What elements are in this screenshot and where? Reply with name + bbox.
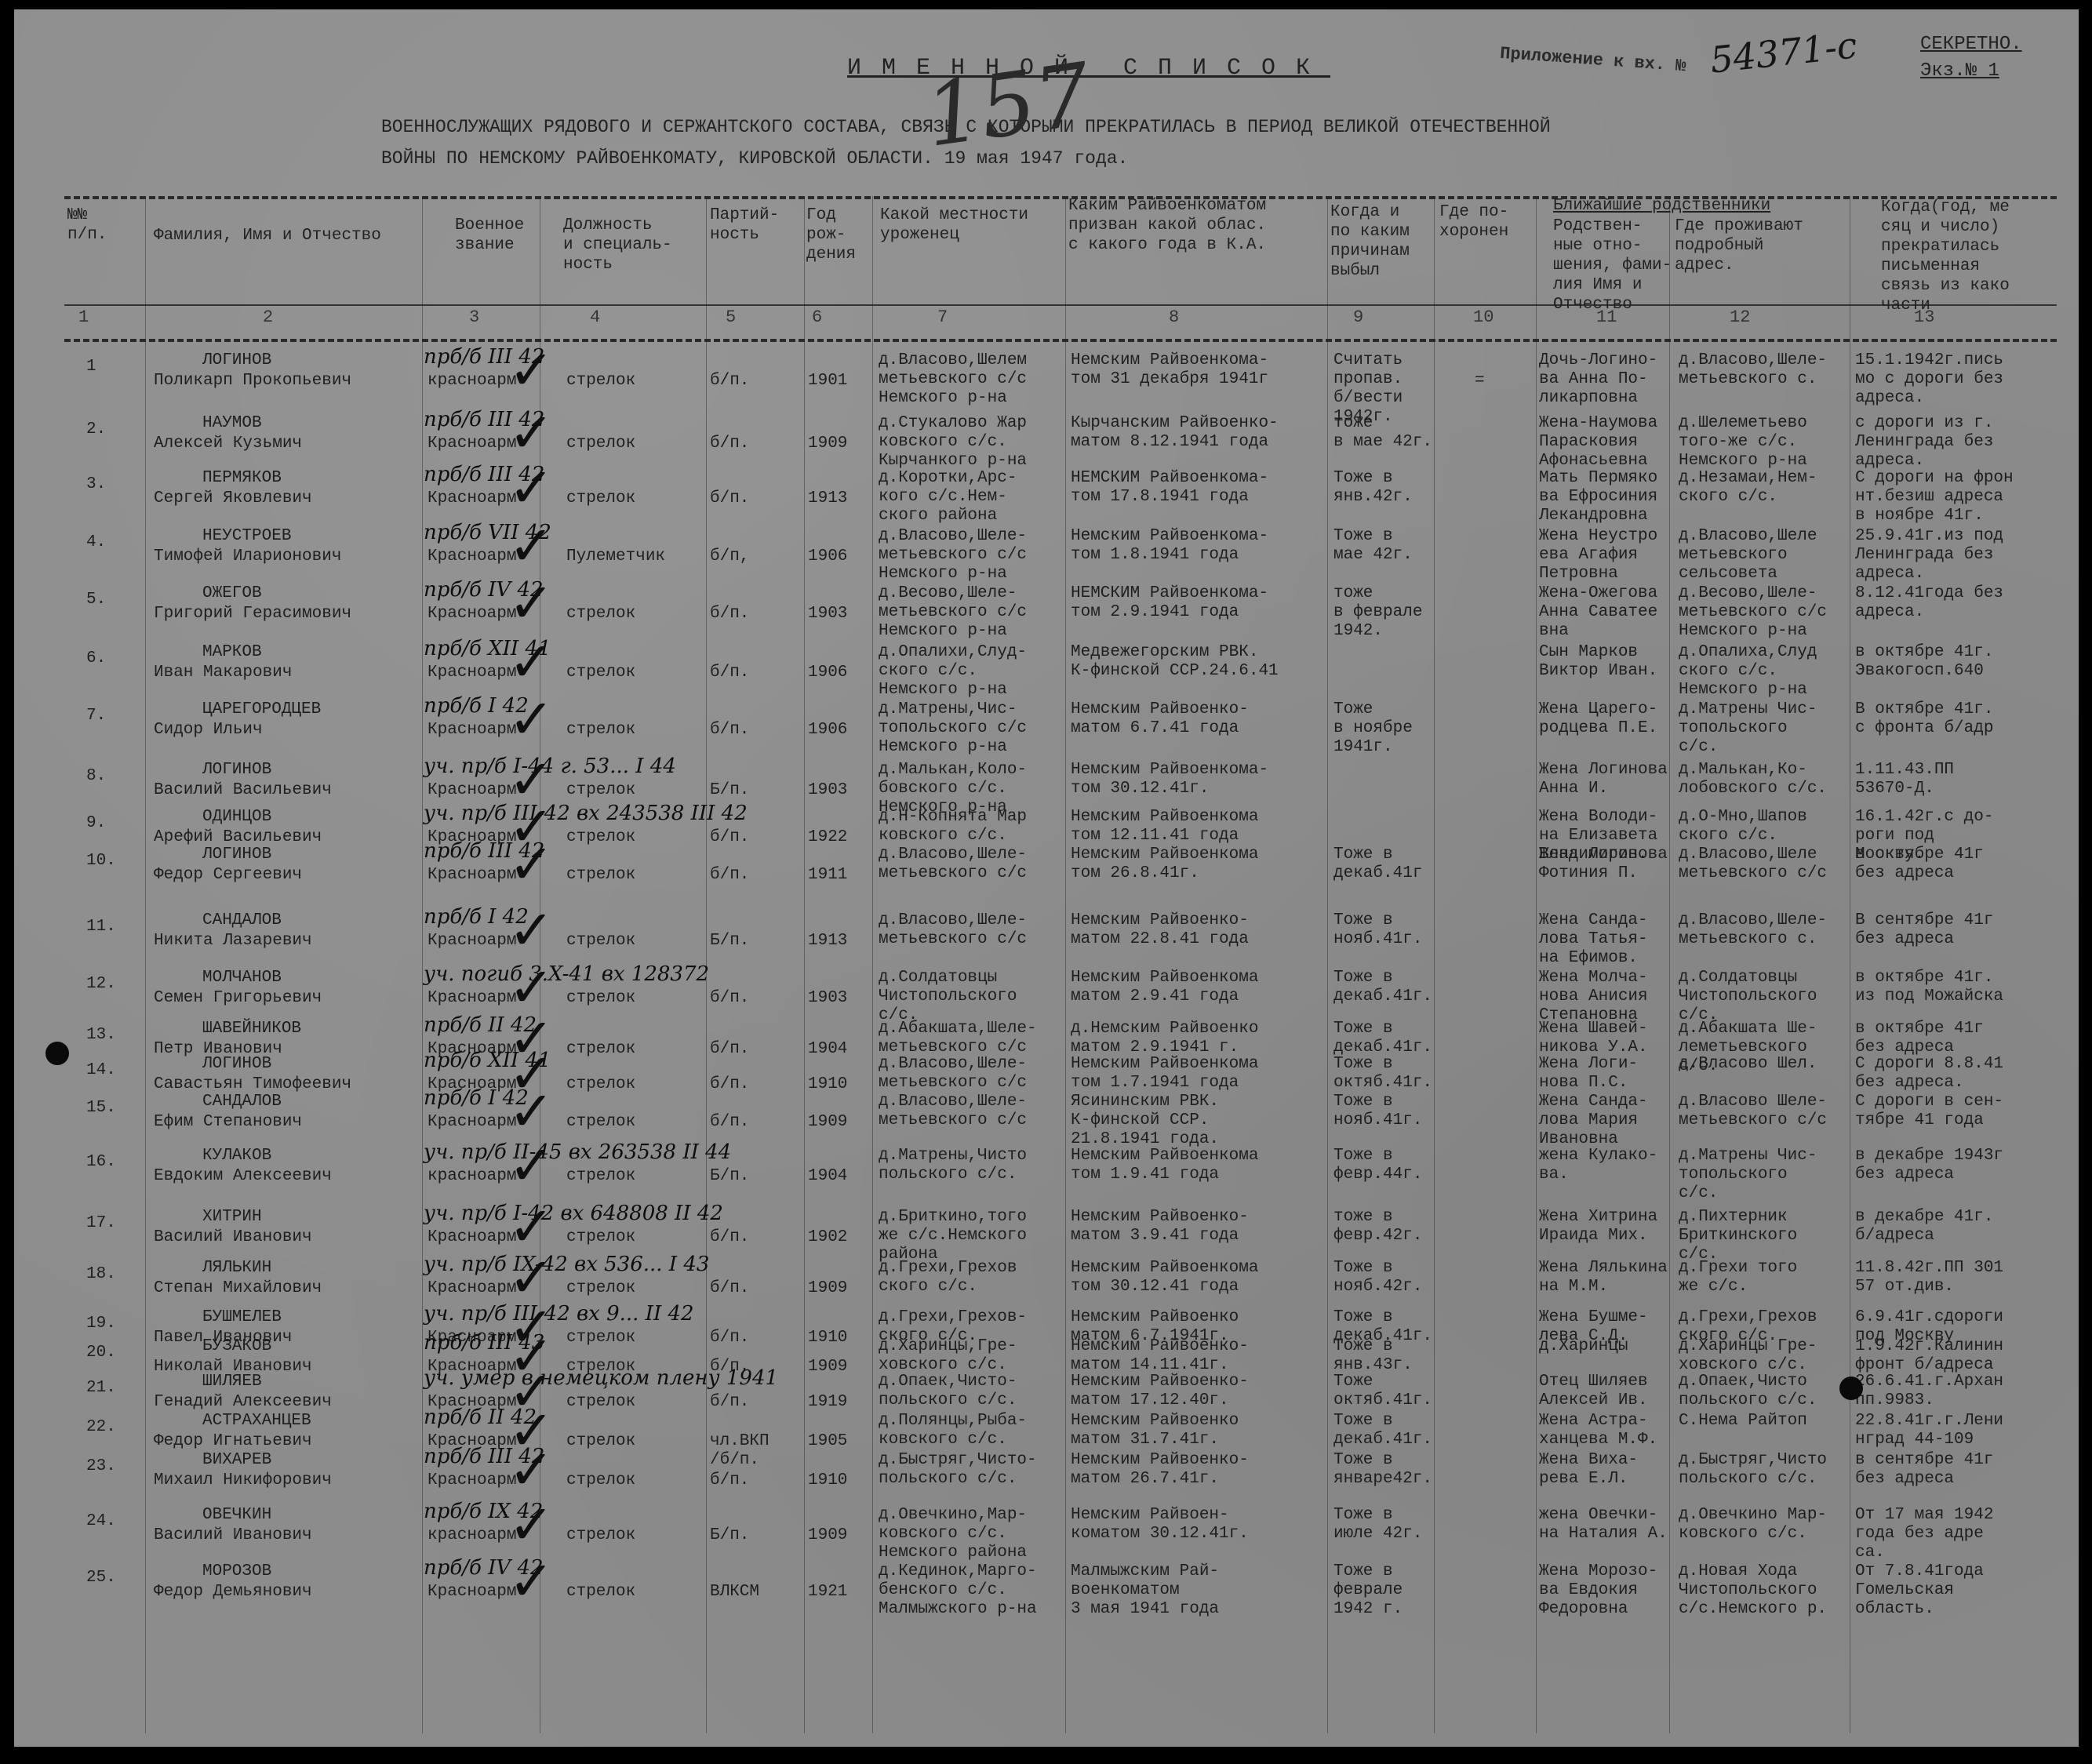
called-up: Немским Райвоенкома том 1.9.41 года [1071, 1147, 1258, 1184]
row-number: 13. [86, 1026, 116, 1045]
last-contact: 11.8.42г.ПП 301 57 от.див. [1855, 1259, 2003, 1297]
called-up: Немским Райвоенко- матом 26.7.41г. [1071, 1451, 1249, 1489]
relative-address: д.Матрены Чис- топольского с/с. [1679, 700, 1817, 757]
relative: Жена Логи- нова П.С. [1539, 1055, 1638, 1093]
position: Пулеметчик [566, 547, 665, 566]
called-up: Немским Райвоенко- матом 3.9.41 года [1071, 1208, 1249, 1246]
birth-year: 1903 [808, 781, 847, 800]
party: б/п. [710, 828, 749, 847]
last-contact: в октябре 41г. Эвакогосп.640 [1855, 643, 1993, 681]
column-number: 2 [263, 307, 273, 327]
surname: МАРКОВ [202, 643, 262, 662]
given-names: Никита Лазаревич [154, 932, 312, 951]
handwritten-annotation: уч. погиб 3.X-41 вх 128372 [424, 962, 709, 986]
position: стрелок [566, 866, 635, 885]
called-up: Немским Райвоенкома том 26.8.41г. [1071, 846, 1258, 883]
called-up: Немским Райвоенкома том 12.11.41 года [1071, 808, 1258, 846]
position: стрелок [566, 1167, 635, 1186]
called-up: Немским Райвоенкома том 1.7.1941 года [1071, 1055, 1258, 1093]
last-contact: От 7.8.41года Гомельская область. [1855, 1562, 1984, 1619]
relative: Жена Царего- родцева П.Е. [1539, 700, 1657, 738]
column-number: 8 [1169, 307, 1179, 327]
birth-year: 1905 [808, 1432, 847, 1451]
called-up: Немским Райвоенкома- том 1.8.1941 года [1071, 527, 1268, 565]
rank: Красноарм [427, 435, 516, 453]
origin: д.Опалихи,Слуд- ского с/с. Немского р-на [879, 643, 1027, 700]
position: стрелок [566, 489, 635, 508]
party: б/п. [710, 605, 749, 624]
party: б/п. [710, 721, 749, 740]
column-number: 4 [590, 307, 600, 327]
rank: Красноарм [427, 721, 516, 740]
relative: жена Кулако- ва. [1539, 1147, 1657, 1184]
last-contact: 22.8.41г.г.Лени нград 44-109 [1855, 1412, 2003, 1449]
last-contact: 1.9.42г.Калинин фронт б/адреса [1855, 1337, 2003, 1375]
handwritten-annotation: уч. пр/б II-45 вх 263538 II 44 [424, 1140, 731, 1164]
departed: Тоже в мае 42г. [1333, 527, 1413, 565]
origin: д.Матрены,Чисто польского с/с. [879, 1147, 1027, 1184]
rank: Красноарм [427, 781, 516, 800]
handwritten-annotation: уч. пр/б IX-42 вх 536... I 43 [424, 1253, 709, 1276]
origin: д.Весово,Шеле- метьевского с/с Немского … [879, 584, 1027, 641]
birth-year: 1922 [808, 828, 847, 847]
row-number: 4. [86, 533, 106, 552]
departed: Тоже в феврале 1942 г. [1333, 1562, 1403, 1619]
called-up: д.Немским Райвоенко матом 2.9.1941 г. [1071, 1020, 1258, 1057]
surname: ШИЛЯЕВ [202, 1373, 262, 1391]
position: стрелок [566, 664, 635, 682]
relative-address: д.Власово Шел. [1679, 1055, 1817, 1074]
col-divider [1327, 196, 1328, 1733]
header-address: Где проживают подробный адрес. [1675, 216, 1803, 275]
called-up: Немским Райвоенко- матом 22.8.41 года [1071, 911, 1249, 949]
party: Б/п. [710, 932, 749, 951]
called-up: Малмыжским Рай- военкоматом 3 мая 1941 г… [1071, 1562, 1219, 1619]
surname: НАУМОВ [202, 414, 262, 433]
header-departed: Когда и по каким причинам выбыл [1330, 202, 1410, 281]
birth-year: 1913 [808, 932, 847, 951]
punch-hole [45, 1042, 69, 1065]
given-names: Василий Иванович [154, 1526, 312, 1545]
called-up: Ясининским РВК. К-финской ССР. 21.8.1941… [1071, 1093, 1219, 1149]
col-divider [804, 196, 805, 1733]
given-names: Иван Макарович [154, 664, 292, 682]
departed: Тоже в ноябре 1941г. [1333, 700, 1413, 757]
party: б/п. [710, 1040, 749, 1059]
rank: Красноарм [427, 664, 516, 682]
surname: ЛОГИНОВ [202, 351, 271, 370]
surname: КУЛАКОВ [202, 1147, 271, 1166]
column-number: 6 [812, 307, 822, 327]
departed: Тоже в янв.43г. [1333, 1337, 1413, 1375]
relative-address: д.Солдатовцы Чистопольского с/с. [1679, 969, 1817, 1025]
row-number: 18. [86, 1265, 116, 1284]
header-buried: Где по- хоронен [1439, 202, 1508, 242]
surname: ОЖЕГОВ [202, 584, 262, 603]
position: стрелок [566, 1228, 635, 1247]
surname: ПЕРМЯКОВ [202, 469, 282, 488]
last-contact: в октябре 41г. из под Можайска [1855, 969, 2003, 1006]
column-number: 5 [726, 307, 736, 327]
origin: д.Солдатовцы Чистопольского с/с. [879, 969, 1017, 1025]
column-number: 13 [1914, 307, 1934, 327]
relative: Жена Виха- рева Е.Л. [1539, 1451, 1638, 1489]
party: б/п. [710, 1279, 749, 1298]
relative-address: д.Овечкино Мар- ковского с/с. [1679, 1506, 1827, 1544]
origin: д.Быстряг,Чисто- польского с/с. [879, 1451, 1037, 1489]
called-up: Немским Райвоен- коматом 30.12.41г. [1071, 1506, 1249, 1544]
row-number: 1 [86, 358, 96, 376]
col-divider [1434, 196, 1435, 1733]
given-names: Генадий Алексеевич [154, 1393, 332, 1412]
party: б/п. [710, 1228, 749, 1247]
relative-address: д.Шелеметьево того-же с/с. Немского р-на [1679, 414, 1807, 471]
relative-address: д.Харинцы Гре- ховского с/с. [1679, 1337, 1817, 1375]
relative-address: д.Власово,Шеле- метьевского с. [1679, 351, 1827, 389]
header-origin: Какой местности уроженец [880, 205, 1028, 245]
relative: Жена-Ожегова Анна Саватее вна [1539, 584, 1657, 641]
row-number: 17. [86, 1214, 116, 1233]
given-names: Семен Григорьевич [154, 989, 322, 1008]
called-up: Немским Райвоенко- матом 6.7.41 года [1071, 700, 1249, 738]
birth-year: 1903 [808, 605, 847, 624]
relative-address: д.Власово,Шеле метьевского сельсовета [1679, 527, 1817, 584]
row-number: 6. [86, 649, 106, 668]
rank: Красноарм [427, 1471, 516, 1490]
last-contact: 15.1.1942г.пись мо с дороги без адреса. [1855, 351, 2003, 408]
party: б/п. [710, 372, 749, 391]
given-names: Алексей Кузьмич [154, 435, 302, 453]
relative-address: д.Новая Хода Чистопольского с/с.Немского… [1679, 1562, 1827, 1619]
relative-address: д.Власово Шеле- метьевского с/с [1679, 1093, 1827, 1130]
col-divider [422, 196, 423, 1733]
row-number: 19. [86, 1315, 116, 1333]
surname: ЛЯЛЬКИН [202, 1259, 271, 1278]
party: б/п. [710, 989, 749, 1008]
last-contact: 25.9.41г.из под Ленинграда без адреса. [1855, 527, 2003, 584]
checkmark-icon: ✓ [508, 696, 555, 743]
origin: д.Власово,Шелем метьевского с/с Немского… [879, 351, 1027, 408]
checkmark-icon: ✓ [508, 522, 555, 569]
given-names: Федор Игнатьевич [154, 1432, 312, 1451]
called-up: Немским Райвоенкома- том 31 декабря 1941… [1071, 351, 1268, 389]
row-number: 2. [86, 420, 106, 439]
given-names: Сидор Ильич [154, 721, 263, 740]
position: стрелок [566, 828, 635, 847]
called-up: Медвежегорским РВК. К-финской ССР.24.6.4… [1071, 643, 1279, 681]
col-divider [1065, 196, 1066, 1733]
departed: тоже в февр.42г. [1333, 1208, 1422, 1246]
surname: БУШМЕЛЕВ [202, 1308, 282, 1327]
relative-address: д.Незамаи,Нем- ского с/с. [1679, 469, 1817, 507]
origin: д.Н-Копнята Мар ковского с/с. [879, 808, 1027, 846]
position: стрелок [566, 1113, 635, 1132]
row-number: 7. [86, 707, 106, 726]
relative: Отец Шиляев Алексей Ив. [1539, 1373, 1648, 1410]
called-up: Немским Райвоенко- матом 14.11.41г. [1071, 1337, 1249, 1375]
surname: САНДАЛОВ [202, 911, 282, 930]
last-contact: От 17 мая 1942 года без адре са. [1855, 1506, 1993, 1562]
header-number: №№ п/п. [67, 205, 107, 245]
header-full-name: Фамилия, Имя и Отчество [154, 226, 381, 246]
birth-year: 1913 [808, 489, 847, 508]
origin: д.Абакшата,Шеле- метьевского с/с [879, 1020, 1037, 1057]
party: чл.ВКП /б/п. [710, 1432, 769, 1470]
party: б/п. [710, 1075, 749, 1094]
header-position: Должность и специаль- ность [563, 216, 672, 275]
header-birth-year: Год рож- дения [806, 205, 856, 264]
departed: Тоже в февр.44г. [1333, 1147, 1422, 1184]
relative: Жена Астра- ханцева М.Ф. [1539, 1412, 1657, 1449]
birth-year: 1901 [808, 372, 847, 391]
last-contact: С дороги в сен- тябре 41 года [1855, 1093, 2003, 1130]
column-number: 12 [1730, 307, 1750, 327]
birth-year: 1909 [808, 1358, 847, 1377]
birth-year: 1919 [808, 1393, 847, 1412]
birth-year: 1909 [808, 1113, 847, 1132]
relative-address: д.Опаек,Чисто польского с/с. [1679, 1373, 1817, 1410]
last-contact: В октябре 41г. с фронта б/адр [1855, 700, 1993, 738]
row-number: 25. [86, 1569, 116, 1588]
col-divider [872, 196, 873, 1733]
birth-year: 1906 [808, 721, 847, 740]
relative: Мать Пермяко ва Ефросиния Лекандровна [1539, 469, 1657, 526]
surname: БУЗАКОВ [202, 1337, 271, 1356]
surname: МОРОЗОВ [202, 1562, 271, 1581]
given-names: Арефий Васильевич [154, 828, 322, 847]
birth-year: 1909 [808, 1279, 847, 1298]
relative: Жена Неустро ева Агафия Петровна [1539, 527, 1657, 584]
relative: Жена-Наумова Парасковия Афонасьевна [1539, 414, 1657, 471]
row-number: 20. [86, 1344, 116, 1362]
position: стрелок [566, 1075, 635, 1094]
header-rank: Военное звание [455, 216, 524, 255]
rank: Красноарм [427, 1279, 516, 1298]
surname: ОДИНЦОВ [202, 808, 271, 827]
party: б/п. [710, 1471, 749, 1490]
called-up: Немским Райвоенко- матом 17.12.40г. [1071, 1373, 1249, 1410]
relative: жена Овечки- на Наталия А. [1539, 1506, 1668, 1544]
called-up: Немским Райвоенкома- том 30.12.41г. [1071, 761, 1268, 798]
last-contact: в декабре 41г. б/адреса [1855, 1208, 1993, 1246]
rank: Красноарм [427, 1113, 516, 1132]
birth-year: 1902 [808, 1228, 847, 1247]
given-names: Василий Васильевич [154, 781, 332, 800]
checkmark-icon: ✓ [508, 907, 555, 954]
relative-address: д.Матрены Чис- топольского с/с. [1679, 1147, 1817, 1203]
given-names: Василий Иванович [154, 1228, 312, 1247]
copy-number: Экз.№ 1 [1920, 58, 2022, 85]
row-number: 21. [86, 1379, 116, 1398]
last-contact: В сентябре 41г без адреса [1855, 911, 1993, 949]
col-divider [1669, 196, 1670, 1733]
checkmark-icon: ✓ [508, 580, 555, 627]
row-number: 14. [86, 1061, 116, 1080]
checkmark-icon: ✓ [508, 464, 555, 511]
row-number: 12. [86, 975, 116, 994]
rank: красноарм [427, 1526, 516, 1545]
last-contact: 26.6.41.г.Архан пп.9983. [1855, 1373, 2003, 1410]
position: стрелок [566, 1432, 635, 1451]
origin: д.Власово,Шеле- метьевского с/с [879, 1055, 1027, 1093]
origin: д.Полянцы,Рыба- ковского с/с. [879, 1412, 1027, 1449]
party: б/п. [710, 1113, 749, 1132]
position: стрелок [566, 932, 635, 951]
row-number: 5. [86, 591, 106, 609]
birth-year: 1921 [808, 1583, 847, 1602]
col-divider [145, 196, 146, 1733]
column-number: 3 [469, 307, 479, 327]
party: б/п. [710, 435, 749, 453]
position: стрелок [566, 1526, 635, 1545]
column-number: 7 [937, 307, 948, 327]
birth-year: 1904 [808, 1167, 847, 1186]
relative: Сын Марков Виктор Иван. [1539, 643, 1657, 681]
position: стрелок [566, 1279, 635, 1298]
departed: Тоже в декаб.41г [1333, 846, 1422, 883]
checkmark-icon: ✓ [508, 1558, 555, 1605]
row-number: 9. [86, 814, 106, 833]
relative-address: д.Малькан,Ко- лобовского с/с. [1679, 761, 1827, 798]
column-number-rule [64, 339, 2057, 342]
relative: Жена Молча- нова Анисия Степановна [1539, 969, 1648, 1025]
punch-hole [1839, 1377, 1863, 1400]
handwritten-annotation: уч. пр/б III-42 вх 243538 III 42 [424, 802, 748, 825]
relative: Жена Шавей- никова У.А. [1539, 1020, 1648, 1057]
position: стрелок [566, 372, 635, 391]
relative-address: С.Нема Райтоп [1679, 1412, 1807, 1431]
relative-address: д.Опалиха,Слуд ского с/с. Немского р-на [1679, 643, 1817, 700]
relative: Жена Лялькина на М.М. [1539, 1259, 1668, 1297]
column-number: 11 [1596, 307, 1617, 327]
party: б/п. [710, 664, 749, 682]
called-up: Немским Райвоенкома матом 2.9.41 года [1071, 969, 1258, 1006]
birth-year: 1906 [808, 664, 847, 682]
col-divider [1536, 196, 1537, 1733]
row-number: 22. [86, 1418, 116, 1437]
birth-year: 1904 [808, 1040, 847, 1059]
origin: д.Матрены,Чис- топольского с/с Немского … [879, 700, 1027, 757]
party: Б/п. [710, 1526, 749, 1545]
surname: САНДАЛОВ [202, 1093, 282, 1111]
origin: д.Стукалово Жар ковского с/с. Кырчанкого… [879, 414, 1027, 471]
relative-address: д.О-Мно,Шапов ского с/с. [1679, 808, 1807, 846]
given-names: Михаил Никифорович [154, 1471, 332, 1490]
header-rule [64, 304, 2057, 306]
origin: д.Грехи,Грехов ского с/с. [879, 1259, 1017, 1297]
given-names: Григорий Герасимович [154, 605, 351, 624]
departed: Тоже в июле 42г. [1333, 1506, 1422, 1544]
rank: Красноарм [427, 489, 516, 508]
given-names: Степан Михайлович [154, 1279, 322, 1298]
origin: д.Бриткино,того же с/с.Немского района [879, 1208, 1027, 1264]
row-number: 11. [86, 918, 116, 937]
departed: Тоже в нояб.41г. [1333, 1093, 1422, 1130]
origin: д.Харинцы,Гре- ховского с/с. [879, 1337, 1017, 1375]
position: стрелок [566, 435, 635, 453]
surname: ЛОГИНОВ [202, 1055, 271, 1074]
checkmark-icon: ✓ [508, 1501, 555, 1548]
last-contact: 1.11.43.ПП 53670-Д. [1855, 761, 1954, 798]
rank: красноарм [427, 1167, 516, 1186]
departed: Тоже в октяб.41г. [1333, 1055, 1432, 1093]
rank: Красноарм [427, 1583, 516, 1602]
rank: Красноарм [427, 1228, 516, 1247]
relative-address: д.Весово,Шеле- метьевского с/с Немского … [1679, 584, 1827, 641]
last-contact: в октябре 41г без адреса [1855, 846, 1984, 883]
checkmark-icon: ✓ [508, 409, 555, 456]
birth-year: 1909 [808, 435, 847, 453]
origin: д.Власово,Шеле- метьевского с/с Немского… [879, 527, 1027, 584]
birth-year: 1903 [808, 989, 847, 1008]
last-contact: в декабре 1943г без адреса [1855, 1147, 2003, 1184]
surname: АСТРАХАНЦЕВ [202, 1412, 311, 1431]
relative-address: д.Грехи того же с/с. [1679, 1259, 1797, 1297]
last-contact: в сентябре 41г без адреса [1855, 1451, 1993, 1489]
surname: ХИТРИН [202, 1208, 262, 1227]
party: ВЛКСМ [710, 1583, 759, 1602]
given-names: Федор Демьянович [154, 1583, 312, 1602]
given-names: Ефим Степанович [154, 1113, 302, 1132]
rank: Красноарм [427, 989, 516, 1008]
column-number: 9 [1353, 307, 1363, 327]
party: б/п. [710, 489, 749, 508]
departed: Тоже в янв.42г. [1333, 469, 1413, 507]
departed: Тоже в декаб.41г. [1333, 1020, 1432, 1057]
position: стрелок [566, 1329, 635, 1348]
row-number: 3. [86, 475, 106, 494]
checkmark-icon: ✓ [508, 841, 555, 888]
called-up: НЕМСКИМ Райвоенкома- том 2.9.1941 года [1071, 584, 1268, 622]
last-contact: С дороги на фрон нт.безиш адреса в ноябр… [1855, 469, 2014, 526]
checkmark-icon: ✓ [508, 638, 555, 686]
checkmark-icon: ✓ [508, 1142, 555, 1189]
relative: Жена Логинова Фотиния П. [1539, 846, 1668, 883]
origin: д.Власово,Шеле- метьевского с/с [879, 846, 1027, 883]
relative: Жена Логинова Анна И. [1539, 761, 1668, 798]
col-divider [1850, 196, 1850, 1733]
row-number: 24. [86, 1512, 116, 1531]
position: стрелок [566, 1471, 635, 1490]
checkmark-icon: ✓ [508, 1446, 555, 1493]
last-contact: С дороги 8.8.41 без адреса. [1855, 1055, 2003, 1093]
rank: Красноарм [427, 547, 516, 566]
rank: красноарм [427, 372, 516, 391]
checkmark-icon: ✓ [508, 1203, 555, 1250]
position: стрелок [566, 1040, 635, 1059]
birth-year: 1906 [808, 547, 847, 566]
surname: ЦАРЕГОРОДЦЕВ [202, 700, 321, 719]
relative-address: д.Быстряг,Чисто польского с/с. [1679, 1451, 1827, 1489]
relative: Жена Хитрина Ираида Мих. [1539, 1208, 1657, 1246]
departed: Тоже в нояб.42г. [1333, 1259, 1422, 1297]
row-number: 8. [86, 767, 106, 786]
row-number: 16. [86, 1153, 116, 1172]
relative: Жена Санда- лова Мария Ивановна [1539, 1093, 1648, 1149]
header-relatives-group: Ближайшие родственники [1553, 196, 1770, 216]
origin: д.Власово,Шеле- метьевского с/с [879, 1093, 1027, 1130]
origin: д.Коротки,Арс- кого с/с.Нем- ского район… [879, 469, 1017, 526]
departed: Тоже в нояб.41г. [1333, 911, 1422, 949]
position: стрелок [566, 721, 635, 740]
rank: Красноарм [427, 932, 516, 951]
surname: ЛОГИНОВ [202, 846, 271, 864]
called-up: НЕМСКИМ Райвоенкома- том 17.8.1941 года [1071, 469, 1268, 507]
departed: тоже в феврале 1942. [1333, 584, 1422, 641]
handwritten-annotation: уч. умер в немецком плену 1941 [424, 1366, 778, 1390]
classification-block: СЕКРЕТНО. Экз.№ 1 [1920, 31, 2022, 85]
given-names: Сергей Яковлевич [154, 489, 312, 508]
